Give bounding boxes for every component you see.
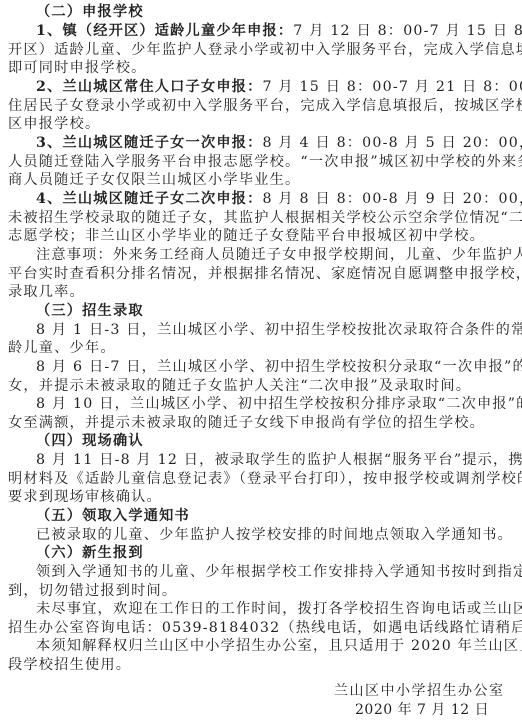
item2-line3: 区申报学校。	[8, 115, 510, 133]
admission-p3-line2: 女至满额，并提示未被录取的随迁子女线下申报尚有学位的招生学校。	[8, 414, 510, 432]
item4-line1: 4、兰山城区随迁子女二次申报：8 月 8 日 8：00-8 月 9 日 20：0…	[36, 190, 510, 208]
registration-p1-line1: 领到入学通知书的儿童、少年根据学校工作安排持入学通知书按时到指定地点报	[36, 563, 510, 581]
section-heading-application: （二）申报学校	[36, 3, 522, 21]
item2-label: 2、兰山城区常住人口子女申报：	[36, 79, 263, 95]
item3-line3: 商人员随迁子女仅限兰山城区小学毕业生。	[8, 171, 510, 189]
section-heading-onsite-confirmation: （四）现场确认	[36, 432, 522, 450]
item3-line1: 3、兰山城区随迁子女一次申报：8 月 4 日 8：00-8 月 5 日 20：0…	[36, 134, 510, 152]
note-line1: 注意事项：外来务工经商人员随迁子女申报学校期间，儿童、少年监护人可登陆	[36, 246, 510, 264]
confirmation-line2: 明材料及《适龄儿童信息登记表》（登录平台打印），按申报学校或调剂学校的时间	[8, 470, 510, 488]
notice-line1: 已被录取的儿童、少年监护人按学校安排的时间地点领取入学通知书。	[36, 526, 510, 544]
admission-p1-line2: 龄儿童、少年。	[8, 339, 510, 357]
item1-line2: 开区）适龄儿童、少年监护人登录小学或初中入学服务平台，完成入学信息填报后，	[8, 41, 510, 59]
confirmation-line1: 8 月 11 日-8 月 12 日，被录取学生的监护人根据“服务平台”提示，携带…	[36, 451, 510, 469]
item1-line1: 1、镇（经开区）适龄儿童少年申报：7 月 12 日 8：00-7 月 15 日 …	[36, 22, 510, 40]
contact-line2: 招生办公室咨询电话：0539-8184032（热线电话，如遇电话线路忙请稍后拨打…	[8, 619, 510, 637]
admission-p1-line1: 8 月 1 日-3 日，兰山城区小学、初中招生学校按批次录取符合条件的常住人口适	[36, 321, 510, 339]
signature-date: 2020 年 7 月 12 日	[355, 701, 489, 719]
signature-office: 兰山区中小学招生办公室	[334, 682, 505, 700]
item1-text: 7 月 12 日 8：00-7 月 15 日 8：00，各镇（经	[293, 23, 522, 39]
item2-line2: 住居民子女登录小学或初中入学服务平台，完成入学信息填报后，按城区学校招生片	[8, 97, 510, 115]
registration-p1-line2: 到，切勿错过报到时间。	[8, 582, 510, 600]
disclaimer-line1: 本须知解释权归兰山区中小学招生办公室，且只适用于 2020 年兰山区义务教育阶	[36, 637, 510, 655]
admission-p2-line2: 女，并提示未被录取的随迁子女监护人关注“二次申报”及录取时间。	[8, 377, 510, 395]
admission-p3-line1: 8 月 10 日，兰山城区小学、初中招生学校按积分排序录取“二次申报”的随迁子	[36, 395, 510, 413]
item4-line3: 志愿学校；非兰山区小学毕业的随迁子女登陆平台申报城区初中学校。	[8, 227, 510, 245]
section-heading-registration: （六）新生报到	[36, 544, 522, 562]
contact-line1: 未尽事宜，欢迎在工作日的工作时间，拨打各学校招生咨询电话或兰山区中小学	[36, 600, 510, 618]
disclaimer-line2: 段学校招生使用。	[8, 656, 510, 674]
item2-line1: 2、兰山城区常住人口子女申报：7 月 15 日 8：00-7 月 21 日 8：…	[36, 78, 510, 96]
item3-label: 3、兰山城区随迁子女一次申报：	[36, 135, 263, 151]
item3-text: 8 月 4 日 8：00-8 月 5 日 20：00，外来务工经商	[263, 135, 522, 151]
section-heading-admission: （三）招生录取	[36, 302, 522, 320]
confirmation-line3: 要求到现场审核确认。	[8, 488, 510, 506]
item4-line2: 未被招生学校录取的随迁子女，其监护人根据相关学校公示空余学位情况“二次申报”	[8, 209, 510, 227]
item4-label: 4、兰山城区随迁子女二次申报：	[36, 191, 263, 207]
item2-text: 7 月 15 日 8：00-7 月 21 日 8：00，兰山城区常	[263, 79, 522, 95]
section-heading-admission-notice: （五）领取入学通知书	[36, 507, 522, 525]
item3-line2: 人员随迁登陆入学服务平台申报志愿学校。“一次申报”城区初中学校的外来务工经	[8, 153, 510, 171]
item1-label: 1、镇（经开区）适龄儿童少年申报：	[36, 23, 293, 39]
admission-p2-line1: 8 月 6 日-7 日，兰山城区小学、初中招生学校按积分录取“一次申报”的随迁子	[36, 358, 510, 376]
note-line2: 平台实时查看积分排名情况，并根据排名情况、家庭情况自愿调整申报学校，以提高	[8, 265, 510, 283]
item1-line3: 即可同时申报学校。	[8, 59, 510, 77]
note-line3: 录取几率。	[8, 283, 510, 301]
enrollment-notice-document: （二）申报学校 1、镇（经开区）适龄儿童少年申报：7 月 12 日 8：00-7…	[0, 0, 522, 721]
item4-text: 8 月 8 日 8：00-8 月 9 日 20：00，“一次申报”	[263, 191, 522, 207]
